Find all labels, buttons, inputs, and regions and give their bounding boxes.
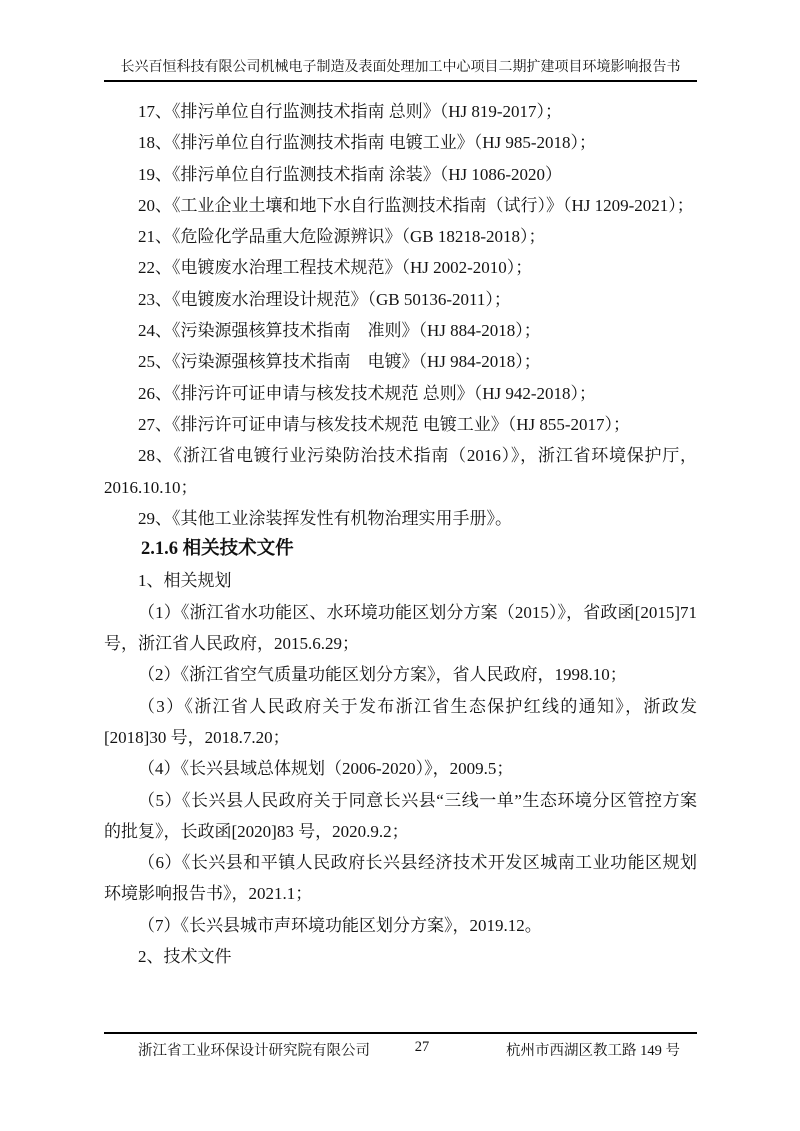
regulation-item: 28、《浙江省电镀行业污染防治技术指南（2016）》，浙江省环境保护厅，2016…	[104, 440, 697, 503]
footer-company: 浙江省工业环保设计研究院有限公司	[138, 1039, 370, 1060]
regulation-item: 21、《危险化学品重大危险源辨识》（GB 18218-2018）；	[104, 221, 697, 252]
technical-document-item: （3）《浙江省人民政府关于发布浙江省生态保护红线的通知》，浙政发[2018]30…	[104, 691, 697, 754]
document-body: 17、《排污单位自行监测技术指南 总则》（HJ 819-2017）；18、《排污…	[104, 96, 697, 972]
regulation-item: 19、《排污单位自行监测技术指南 涂装》（HJ 1086-2020）	[104, 159, 697, 190]
technical-document-item: （1）《浙江省水功能区、水环境功能区划分方案（2015）》，省政函[2015]7…	[104, 597, 697, 660]
technical-document-item: 2、技术文件	[104, 941, 697, 972]
header-rule	[104, 80, 697, 82]
technical-document-item: （2）《浙江省空气质量功能区划分方案》，省人民政府，1998.10；	[104, 659, 697, 690]
technical-document-item: 1、相关规划	[104, 565, 697, 596]
section-heading: 2.1.6 相关技术文件	[104, 534, 697, 565]
regulation-item: 24、《污染源强核算技术指南 准则》（HJ 884-2018）；	[104, 315, 697, 346]
regulation-item: 25、《污染源强核算技术指南 电镀》（HJ 984-2018）；	[104, 346, 697, 377]
footer-address: 杭州市西湖区教工路 149 号	[506, 1039, 680, 1060]
regulation-item: 17、《排污单位自行监测技术指南 总则》（HJ 819-2017）；	[104, 96, 697, 127]
technical-document-list: 1、相关规划（1）《浙江省水功能区、水环境功能区划分方案（2015）》，省政函[…	[104, 565, 697, 972]
regulation-item: 20、《工业企业土壤和地下水自行监测技术指南（试行）》（HJ 1209-2021…	[104, 190, 697, 221]
regulation-item: 23、《电镀废水治理设计规范》（GB 50136-2011）；	[104, 284, 697, 315]
footer-rule	[104, 1032, 697, 1034]
regulation-item: 18、《排污单位自行监测技术指南 电镀工业》（HJ 985-2018）；	[104, 127, 697, 158]
regulation-item: 26、《排污许可证申请与核发技术规范 总则》（HJ 942-2018）；	[104, 378, 697, 409]
regulation-item: 22、《电镀废水治理工程技术规范》（HJ 2002-2010）；	[104, 252, 697, 283]
technical-document-item: （6）《长兴县和平镇人民政府长兴县经济技术开发区城南工业功能区规划环境影响报告书…	[104, 847, 697, 910]
regulation-item: 27、《排污许可证申请与核发技术规范 电镀工业》（HJ 855-2017）；	[104, 409, 697, 440]
technical-document-item: （4）《长兴县域总体规划（2006-2020）》，2009.5；	[104, 753, 697, 784]
footer-page-number: 27	[415, 1039, 430, 1056]
page-header-title: 长兴百恒科技有限公司机械电子制造及表面处理加工中心项目二期扩建项目环境影响报告书	[104, 56, 697, 76]
regulation-list: 17、《排污单位自行监测技术指南 总则》（HJ 819-2017）；18、《排污…	[104, 96, 697, 534]
technical-document-item: （7）《长兴县城市声环境功能区划分方案》，2019.12。	[104, 910, 697, 941]
technical-document-item: （5）《长兴县人民政府关于同意长兴县“三线一单”生态环境分区管控方案的批复》，长…	[104, 785, 697, 848]
regulation-item: 29、《其他工业涂装挥发性有机物治理实用手册》。	[104, 503, 697, 534]
